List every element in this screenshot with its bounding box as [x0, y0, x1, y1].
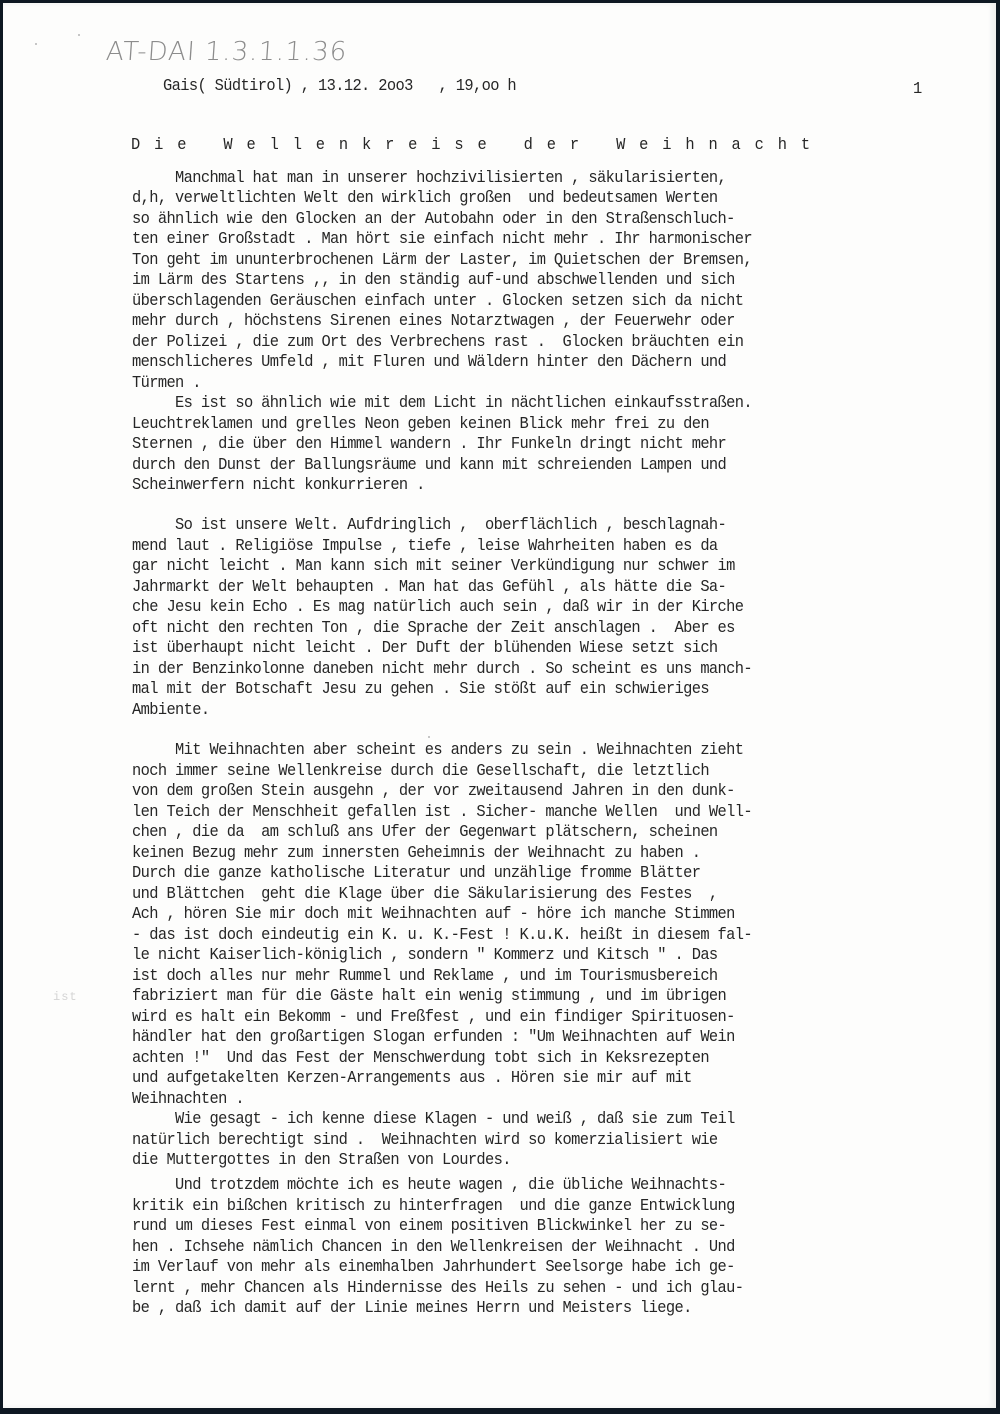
text-line: gar nicht leicht . Man kann sich mit sei… [132, 556, 735, 576]
text-line: rund um dieses Fest einmal von einem pos… [132, 1216, 726, 1236]
text-line: händler hat den großartigen Slogan erfun… [132, 1027, 735, 1047]
scanned-page: AT-DAI 1.3.1.1.36 Gais( Südtirol) , 13.1… [3, 3, 996, 1408]
text-line: len Teich der Menschheit gefallen ist . … [132, 802, 752, 822]
text-line: mend laut . Religiöse Impulse , tiefe , … [132, 536, 718, 556]
page-number: 1 [913, 79, 922, 99]
text-line: Türmen . [132, 373, 201, 393]
text-line: mehr durch , höchstens Sirenen eines Not… [132, 311, 735, 331]
text-line: Jahrmarkt der Welt behaupten . Man hat d… [132, 577, 726, 597]
text-line: Wie gesagt - ich kenne diese Klagen - un… [132, 1109, 735, 1129]
margin-smudge: ist [53, 990, 78, 1004]
text-line: Leuchtreklamen und grelles Neon geben ke… [132, 414, 709, 434]
text-line: Mit Weihnachten aber scheint es anders z… [132, 740, 743, 760]
speck [35, 43, 37, 45]
text-line: che Jesu kein Echo . Es mag natürlich au… [132, 597, 743, 617]
text-line: Ton geht im ununterbrochenen Lärm der La… [132, 250, 752, 270]
text-line: fabriziert man für die Gäste halt ein we… [132, 986, 726, 1006]
text-line: die Muttergottes in den Straßen von Lour… [132, 1150, 511, 1170]
text-line: le nicht Kaiserlich-königlich , sondern … [132, 945, 718, 965]
text-line: Durch die ganze katholische Literatur un… [132, 863, 700, 883]
text-line: so ähnlich wie den Glocken an der Autoba… [132, 209, 735, 229]
place-date-time: Gais( Südtirol) , 13.12. 2oo3 , 19,oo h [163, 76, 516, 96]
text-line: der Polizei , die zum Ort des Verbrechen… [132, 332, 743, 352]
text-line: chen , die da am schluß ans Ufer der Geg… [132, 822, 718, 842]
text-line: Manchmal hat man in unserer hochzivilisi… [132, 168, 726, 188]
text-line: mal mit der Botschaft Jesu zu gehen . Si… [132, 679, 709, 699]
text-line: und aufgetakelten Kerzen-Arrangements au… [132, 1068, 692, 1088]
text-line: wird es halt ein Bekomm - und Freßfest ,… [132, 1007, 735, 1027]
text-line: ist überhaupt nicht leicht . Der Duft de… [132, 638, 718, 658]
text-line: menschlicheres Umfeld , mit Fluren und W… [132, 352, 726, 372]
text-line: durch den Dunst der Ballungsräume und ka… [132, 455, 726, 475]
text-line: d,h, verweltlichten Welt den wirklich gr… [132, 188, 718, 208]
speck [428, 736, 430, 738]
text-line: natürlich berechtigt sind . Weihnachten … [132, 1130, 718, 1150]
text-line: ist doch alles nur mehr Rummel und Rekla… [132, 966, 718, 986]
text-line: hen . Ichsehe nämlich Chancen in den Wel… [132, 1237, 735, 1257]
text-line: oft nicht den rechten Ton , die Sprache … [132, 618, 735, 638]
text-line: be , daß ich damit auf der Linie meines … [132, 1298, 692, 1318]
text-line: Ach , hören Sie mir doch mit Weihnachten… [132, 904, 735, 924]
text-line: und Blättchen geht die Klage über die Sä… [132, 884, 718, 904]
text-line: Es ist so ähnlich wie mit dem Licht in n… [132, 393, 752, 413]
text-line: Und trotzdem möchte ich es heute wagen ,… [132, 1175, 726, 1195]
text-line: lernt , mehr Chancen als Hindernisse des… [132, 1278, 743, 1298]
text-line: ten einer Großstadt . Man hört sie einfa… [132, 229, 752, 249]
text-line: keinen Bezug mehr zum innersten Geheimni… [132, 843, 700, 863]
text-line: Weihnachten . [132, 1089, 244, 1109]
text-line: im Verlauf von mehr als einemhalben Jahr… [132, 1257, 735, 1277]
text-line: überschlagenden Geräuschen einfach unter… [132, 291, 743, 311]
text-line: von dem großen Stein ausgehn , der vor z… [132, 781, 735, 801]
text-line: Sternen , die über den Himmel wandern . … [132, 434, 726, 454]
text-line: So ist unsere Welt. Aufdringlich , oberf… [132, 515, 726, 535]
text-line: kritik ein bißchen kritisch zu hinterfra… [132, 1196, 735, 1216]
text-line: Scheinwerfern nicht konkurrieren . [132, 475, 425, 495]
document-title: Die Wellenkreise der Weihnacht [131, 135, 824, 155]
text-line: in der Benzinkolonne daneben nicht mehr … [132, 659, 752, 679]
text-line: - das ist doch eindeutig ein K. u. K.-Fe… [132, 925, 752, 945]
speck [78, 34, 80, 36]
text-line: im Lärm des Startens ,, in den ständig a… [132, 270, 735, 290]
text-line: noch immer seine Wellenkreise durch die … [132, 761, 709, 781]
archive-signature: AT-DAI 1.3.1.1.36 [105, 37, 348, 67]
text-line: Ambiente. [132, 700, 209, 720]
text-line: achten !" Und das Fest der Menschwerdung… [132, 1048, 709, 1068]
